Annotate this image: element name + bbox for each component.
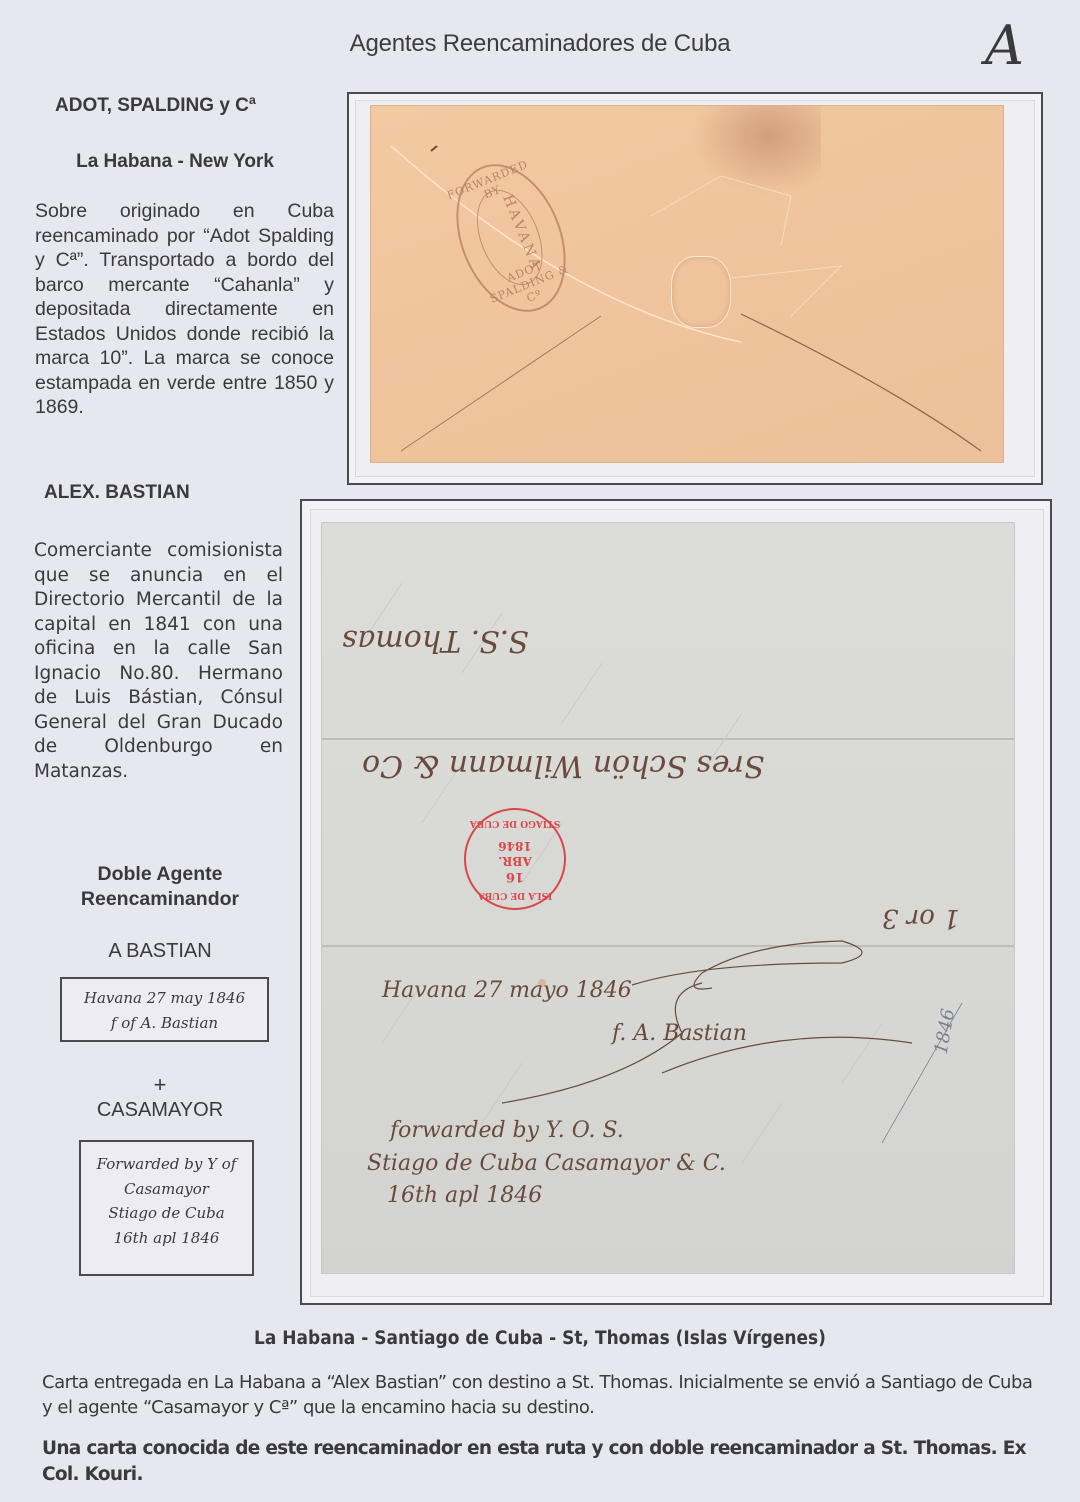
transcription-line: Forwarded by Y of — [81, 1152, 252, 1177]
double-agent-heading-line2: Reencaminandor — [40, 887, 280, 912]
transcription-line: Stiago de Cuba — [81, 1201, 252, 1226]
transcription-line: Casamayor — [81, 1177, 252, 1202]
letter-forwarder1-line1: Havana 27 mayo 1846 — [382, 978, 632, 1003]
letter-address-line1: S.S. Thomas — [342, 623, 529, 658]
envelope-image: FORWARDED BY HAVANA ADOT SPALDING & Cº — [371, 106, 1003, 462]
plus-sign: + — [40, 1072, 280, 1098]
casamayor-transcription-box: Forwarded by Y of Casamayor Stiago de Cu… — [79, 1140, 254, 1276]
folded-letter-image: S.S. Thomas Sres Schön Wilmann & Co 1 or… — [322, 523, 1014, 1273]
letter-rate-mark: 1 or 3 — [882, 903, 960, 933]
letter-forwarder1-line2: f. A. Bastian — [612, 1021, 747, 1046]
letter-address-line2: Sres Schön Wilmann & Co — [362, 748, 764, 783]
double-agent-heading: Doble Agente Reencaminandor — [40, 862, 280, 912]
transcription-line: f of A. Bastian — [62, 1011, 267, 1036]
transcription-line: 16th apl 1846 — [81, 1226, 252, 1251]
section-letter: A — [985, 14, 1024, 77]
transcription-line: Havana 27 may 1846 — [62, 986, 267, 1011]
double-agent-heading-line1: Doble Agente — [40, 862, 280, 887]
route-title: La Habana - Santiago de Cuba - St, Thoma… — [135, 1328, 945, 1349]
route-description: Carta entregada en La Habana a “Alex Bas… — [42, 1370, 1042, 1420]
page-title: Agentes Reencaminadores de Cuba — [300, 30, 780, 58]
second-agent-label: CASAMAYOR — [40, 1099, 280, 1122]
santiago-red-postmark: ISLA DE CUBA 16 ABR. 1846 STIAGO DE CUBA — [464, 808, 566, 910]
letter-forwarder2-line1: forwarded by Y. O. S. — [390, 1118, 624, 1143]
embossed-seal — [671, 256, 731, 328]
letter-forwarder2-line2: Stiago de Cuba Casamayor & C. — [367, 1151, 726, 1176]
envelope-frame: FORWARDED BY HAVANA ADOT SPALDING & Cº — [347, 92, 1043, 485]
agent2-name: ALEX. BASTIAN — [44, 482, 190, 504]
letter-forwarder2-line3: 16th apl 1846 — [387, 1183, 542, 1208]
agent1-name: ADOT, SPALDING y Cª — [55, 95, 256, 117]
agent1-route: La Habana - New York — [20, 151, 330, 173]
agent1-description: Sobre originado en Cuba reencaminado por… — [35, 199, 334, 420]
first-agent-label: A BASTIAN — [40, 940, 280, 963]
agent2-description: Comerciante comisionista que se anuncia … — [34, 539, 283, 784]
route-note: Una carta conocida de este reencaminador… — [42, 1436, 1042, 1488]
bastian-transcription-box: Havana 27 may 1846 f of A. Bastian — [60, 977, 269, 1042]
letter-frame: S.S. Thomas Sres Schön Wilmann & Co 1 or… — [300, 499, 1052, 1305]
